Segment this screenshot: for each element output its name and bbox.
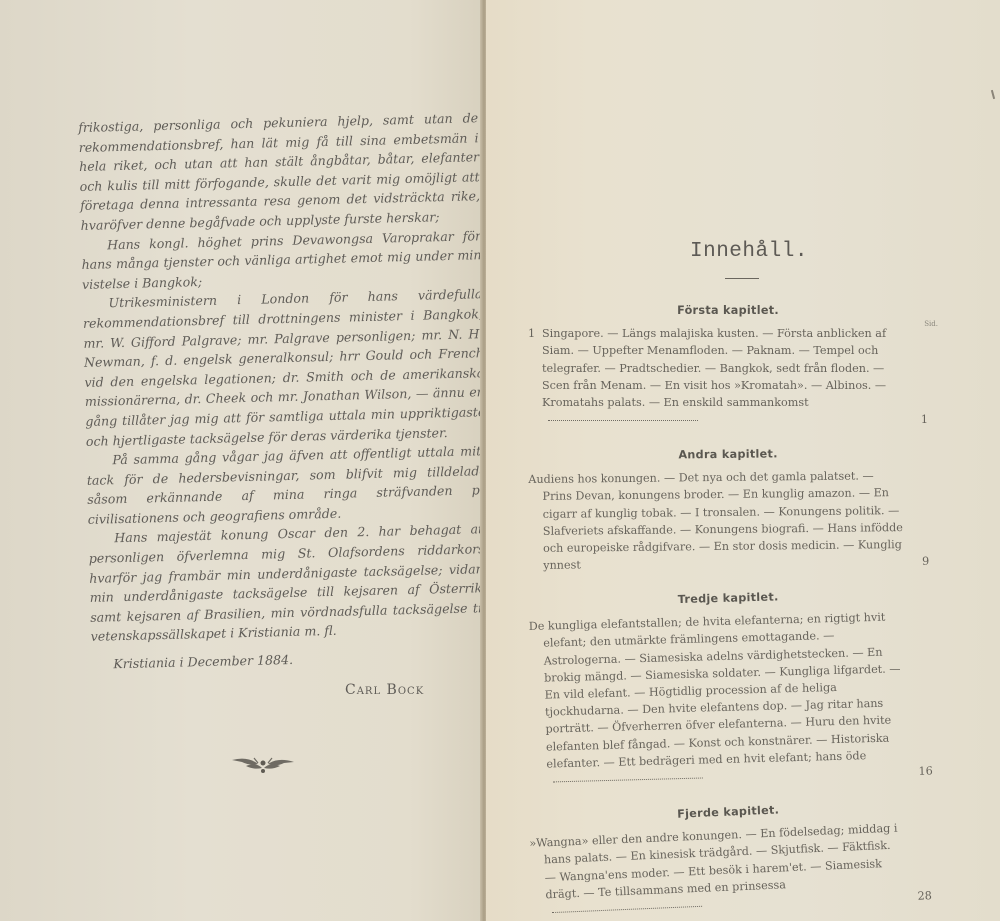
paragraph: På samma gång vågar jag äfven att offent… — [86, 441, 488, 529]
entry-text: Singapore. — Längs malajiska kusten. — F… — [542, 327, 886, 409]
leader-dots — [548, 419, 698, 421]
acknowledgements-text: frikostiga, personliga och pekuniera hje… — [78, 108, 491, 674]
chapter-heading: Tredje kapitlet. — [528, 584, 928, 612]
leader-dots — [552, 905, 702, 913]
toc-entry: 1Singapore. — Längs malajiska kusten. — … — [528, 325, 928, 428]
paragraph: Hans kongl. höghet prins Devawongsa Varo… — [81, 226, 482, 295]
toc-entry: »Wangna» eller den andre konungen. — En … — [529, 819, 932, 921]
book-spread: frikostiga, personliga och pekuniera hje… — [0, 0, 1000, 921]
dateline: Kristiania i December 1884. — [91, 645, 491, 674]
entry-text: »Wangna» eller den andre konungen. — En … — [529, 822, 898, 901]
chapter-heading: Andra kapitlet. — [528, 444, 928, 465]
entry-page-number: 16 — [918, 762, 933, 780]
author-signature: Carl Bock — [345, 682, 424, 698]
toc-chapter: Första kapitlet. Sid. 1Singapore. — Läng… — [528, 302, 928, 428]
chapter-heading: Första kapitlet. — [528, 302, 928, 319]
entry-page-number: 1 — [921, 411, 928, 428]
print-mark — [991, 90, 995, 99]
paragraph: Hans majestät konung Oscar den 2. har be… — [88, 520, 491, 647]
left-page: frikostiga, personliga och pekuniera hje… — [0, 0, 482, 921]
toc-chapter: Fjerde kapitlet. »Wangna» eller den andr… — [528, 795, 932, 921]
entry-page-number: 9 — [922, 553, 929, 570]
toc-chapter: Tredje kapitlet. De kungliga elefantstal… — [528, 584, 933, 790]
table-of-contents: Första kapitlet. Sid. 1Singapore. — Läng… — [528, 302, 928, 921]
entry-number: 1 — [528, 325, 542, 342]
entry-page-number: 28 — [917, 887, 932, 905]
toc-entry: De kungliga elefantstallen; de hvita ele… — [529, 608, 933, 790]
toc-chapter: Andra kapitlet. Audiens hos konungen. — … — [528, 444, 929, 575]
toc-title: Innehåll. — [690, 240, 808, 263]
toc-entry: Audiens hos konungen. — Det nya och det … — [528, 467, 929, 574]
entry-text: Audiens hos konungen. — Det nya och det … — [528, 470, 903, 572]
title-rule — [725, 278, 759, 279]
leader-dots — [553, 776, 703, 782]
entry-text: De kungliga elefantstallen; de hvita ele… — [529, 611, 901, 771]
paragraph: frikostiga, personliga och pekuniera hje… — [78, 108, 481, 235]
floral-ornament-icon — [228, 752, 298, 776]
paragraph: Utrikesministern i London för hans värde… — [82, 285, 486, 451]
